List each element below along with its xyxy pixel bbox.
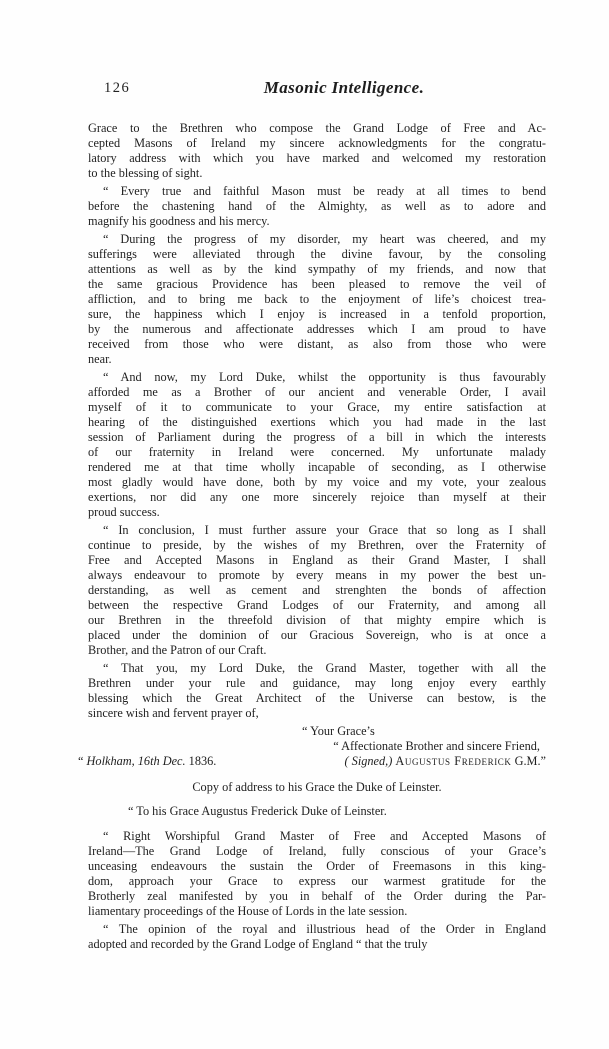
text-line: proud success.: [88, 505, 546, 520]
text-line: to the blessing of sight.: [88, 166, 546, 181]
text-line: “ And now, my Lord Duke, whilst the oppo…: [88, 370, 546, 385]
text-line: of our fraternity in Ireland were concer…: [88, 445, 546, 460]
text-line: before the chastening hand of the Almigh…: [88, 199, 546, 214]
scanned-page: 126 Masonic Intelligence. Grace to the B…: [0, 0, 609, 1049]
text-line: Free and Accepted Masons in England as t…: [88, 553, 546, 568]
page-number: 126: [104, 80, 130, 97]
text-line: liamentary proceedings of the House of L…: [88, 904, 546, 919]
signature-text-segment: G.M.”: [512, 754, 547, 768]
text-line: the same gracious Providence has been pl…: [88, 277, 546, 292]
copy-of-address-heading: Copy of address to his Grace the Duke of…: [88, 780, 546, 795]
text-line: derstanding, as well as cement and stren…: [88, 583, 546, 598]
text-line: latory address with which you have marke…: [88, 151, 546, 166]
text-line: adopted and recorded by the Grand Lodge …: [88, 937, 546, 952]
text-line: “ That you, my Lord Duke, the Grand Mast…: [88, 661, 546, 676]
text-line: continue to preside, by the wishes of my…: [88, 538, 546, 553]
text-line: Ireland—The Grand Lodge of Ireland, full…: [88, 844, 546, 859]
letter-paragraph: “ During the progress of my disorder, my…: [88, 232, 546, 367]
letter-paragraph: “ That you, my Lord Duke, the Grand Mast…: [88, 661, 546, 721]
letter-paragraph: Grace to the Brethren who compose the Gr…: [88, 121, 546, 181]
signature-text-segment: ( Signed,): [345, 754, 396, 768]
text-line: affliction, and to bring me back to the …: [88, 292, 546, 307]
letter-paragraph: “ In conclusion, I must further assure y…: [88, 523, 546, 658]
letter-text-flow: Grace to the Brethren who compose the Gr…: [88, 121, 546, 955]
text-line: “ Right Worshipful Grand Master of Free …: [88, 829, 546, 844]
text-line: received from those who were distant, as…: [88, 337, 546, 352]
text-line: “ Every true and faithful Mason must be …: [88, 184, 546, 199]
letter-paragraph: “ Right Worshipful Grand Master of Free …: [88, 829, 546, 919]
text-line: attentions as well as by the kind sympat…: [88, 262, 546, 277]
text-line: Brother, and the Patron of our Craft.: [88, 643, 546, 658]
running-title: Masonic Intelligence.: [264, 78, 424, 98]
closing-your-graces-line: “ Your Grace’s: [302, 724, 546, 739]
text-line: rendered me at that time wholly incapabl…: [88, 460, 546, 475]
closing-friend-line: “ Affectionate Brother and sincere Frien…: [88, 739, 546, 754]
text-line: most gladly would have done, both by my …: [88, 475, 546, 490]
signature-line: “ Holkham, 16th Dec. 1836.( Signed,) Aug…: [78, 754, 546, 769]
salutation-line: “ To his Grace Augustus Frederick Duke o…: [128, 804, 546, 819]
text-line: our Brethren in the threefold division o…: [88, 613, 546, 628]
text-line: session of Parliament during the progres…: [88, 430, 546, 445]
signature-name: ( Signed,) Augustus Frederick G.M.”: [345, 754, 547, 769]
text-line: “ The opinion of the royal and illustrio…: [88, 922, 546, 937]
text-line: “ In conclusion, I must further assure y…: [88, 523, 546, 538]
text-line: sure, the happiness which I enjoy is inc…: [88, 307, 546, 322]
text-line: always endeavour to promote by every mea…: [88, 568, 546, 583]
text-line: afforded me as a Brother of our ancient …: [88, 385, 546, 400]
text-line: myself of it to communicate to your Grac…: [88, 400, 546, 415]
text-line: near.: [88, 352, 546, 367]
text-line: by the numerous and affectionate address…: [88, 322, 546, 337]
signature-text-segment: “: [78, 754, 87, 768]
text-line: “ During the progress of my disorder, my…: [88, 232, 546, 247]
text-line: placed under the dominion of our Graciou…: [88, 628, 546, 643]
text-line: unceasing endeavours the sustain the Ord…: [88, 859, 546, 874]
text-line: magnify his goodness and his mercy.: [88, 214, 546, 229]
text-line: cepted Masons of Ireland my sincere ackn…: [88, 136, 546, 151]
text-line: sincere wish and fervent prayer of,: [88, 706, 546, 721]
text-line: hearing of the distinguished exertions w…: [88, 415, 546, 430]
signature-place-date: “ Holkham, 16th Dec. 1836.: [78, 754, 216, 769]
signature-text-segment: 1836.: [186, 754, 217, 768]
text-line: exertions, nor did any one more sincerel…: [88, 490, 546, 505]
text-line: dom, approach your Grace to express our …: [88, 874, 546, 889]
letter-paragraph: “ The opinion of the royal and illustrio…: [88, 922, 546, 952]
letter-paragraph: “ And now, my Lord Duke, whilst the oppo…: [88, 370, 546, 520]
letter-paragraph: “ Every true and faithful Mason must be …: [88, 184, 546, 229]
text-line: between the respective Grand Lodges of o…: [88, 598, 546, 613]
text-line: blessing which the Great Architect of th…: [88, 691, 546, 706]
text-line: sufferings were alleviated through the d…: [88, 247, 546, 262]
signature-text-segment: Holkham, 16th Dec.: [87, 754, 186, 768]
text-line: Brotherly zeal manifested by you in beha…: [88, 889, 546, 904]
signatory-name: Augustus Frederick: [395, 754, 511, 768]
text-line: Brethren under your rule and guidance, m…: [88, 676, 546, 691]
text-line: Grace to the Brethren who compose the Gr…: [88, 121, 546, 136]
